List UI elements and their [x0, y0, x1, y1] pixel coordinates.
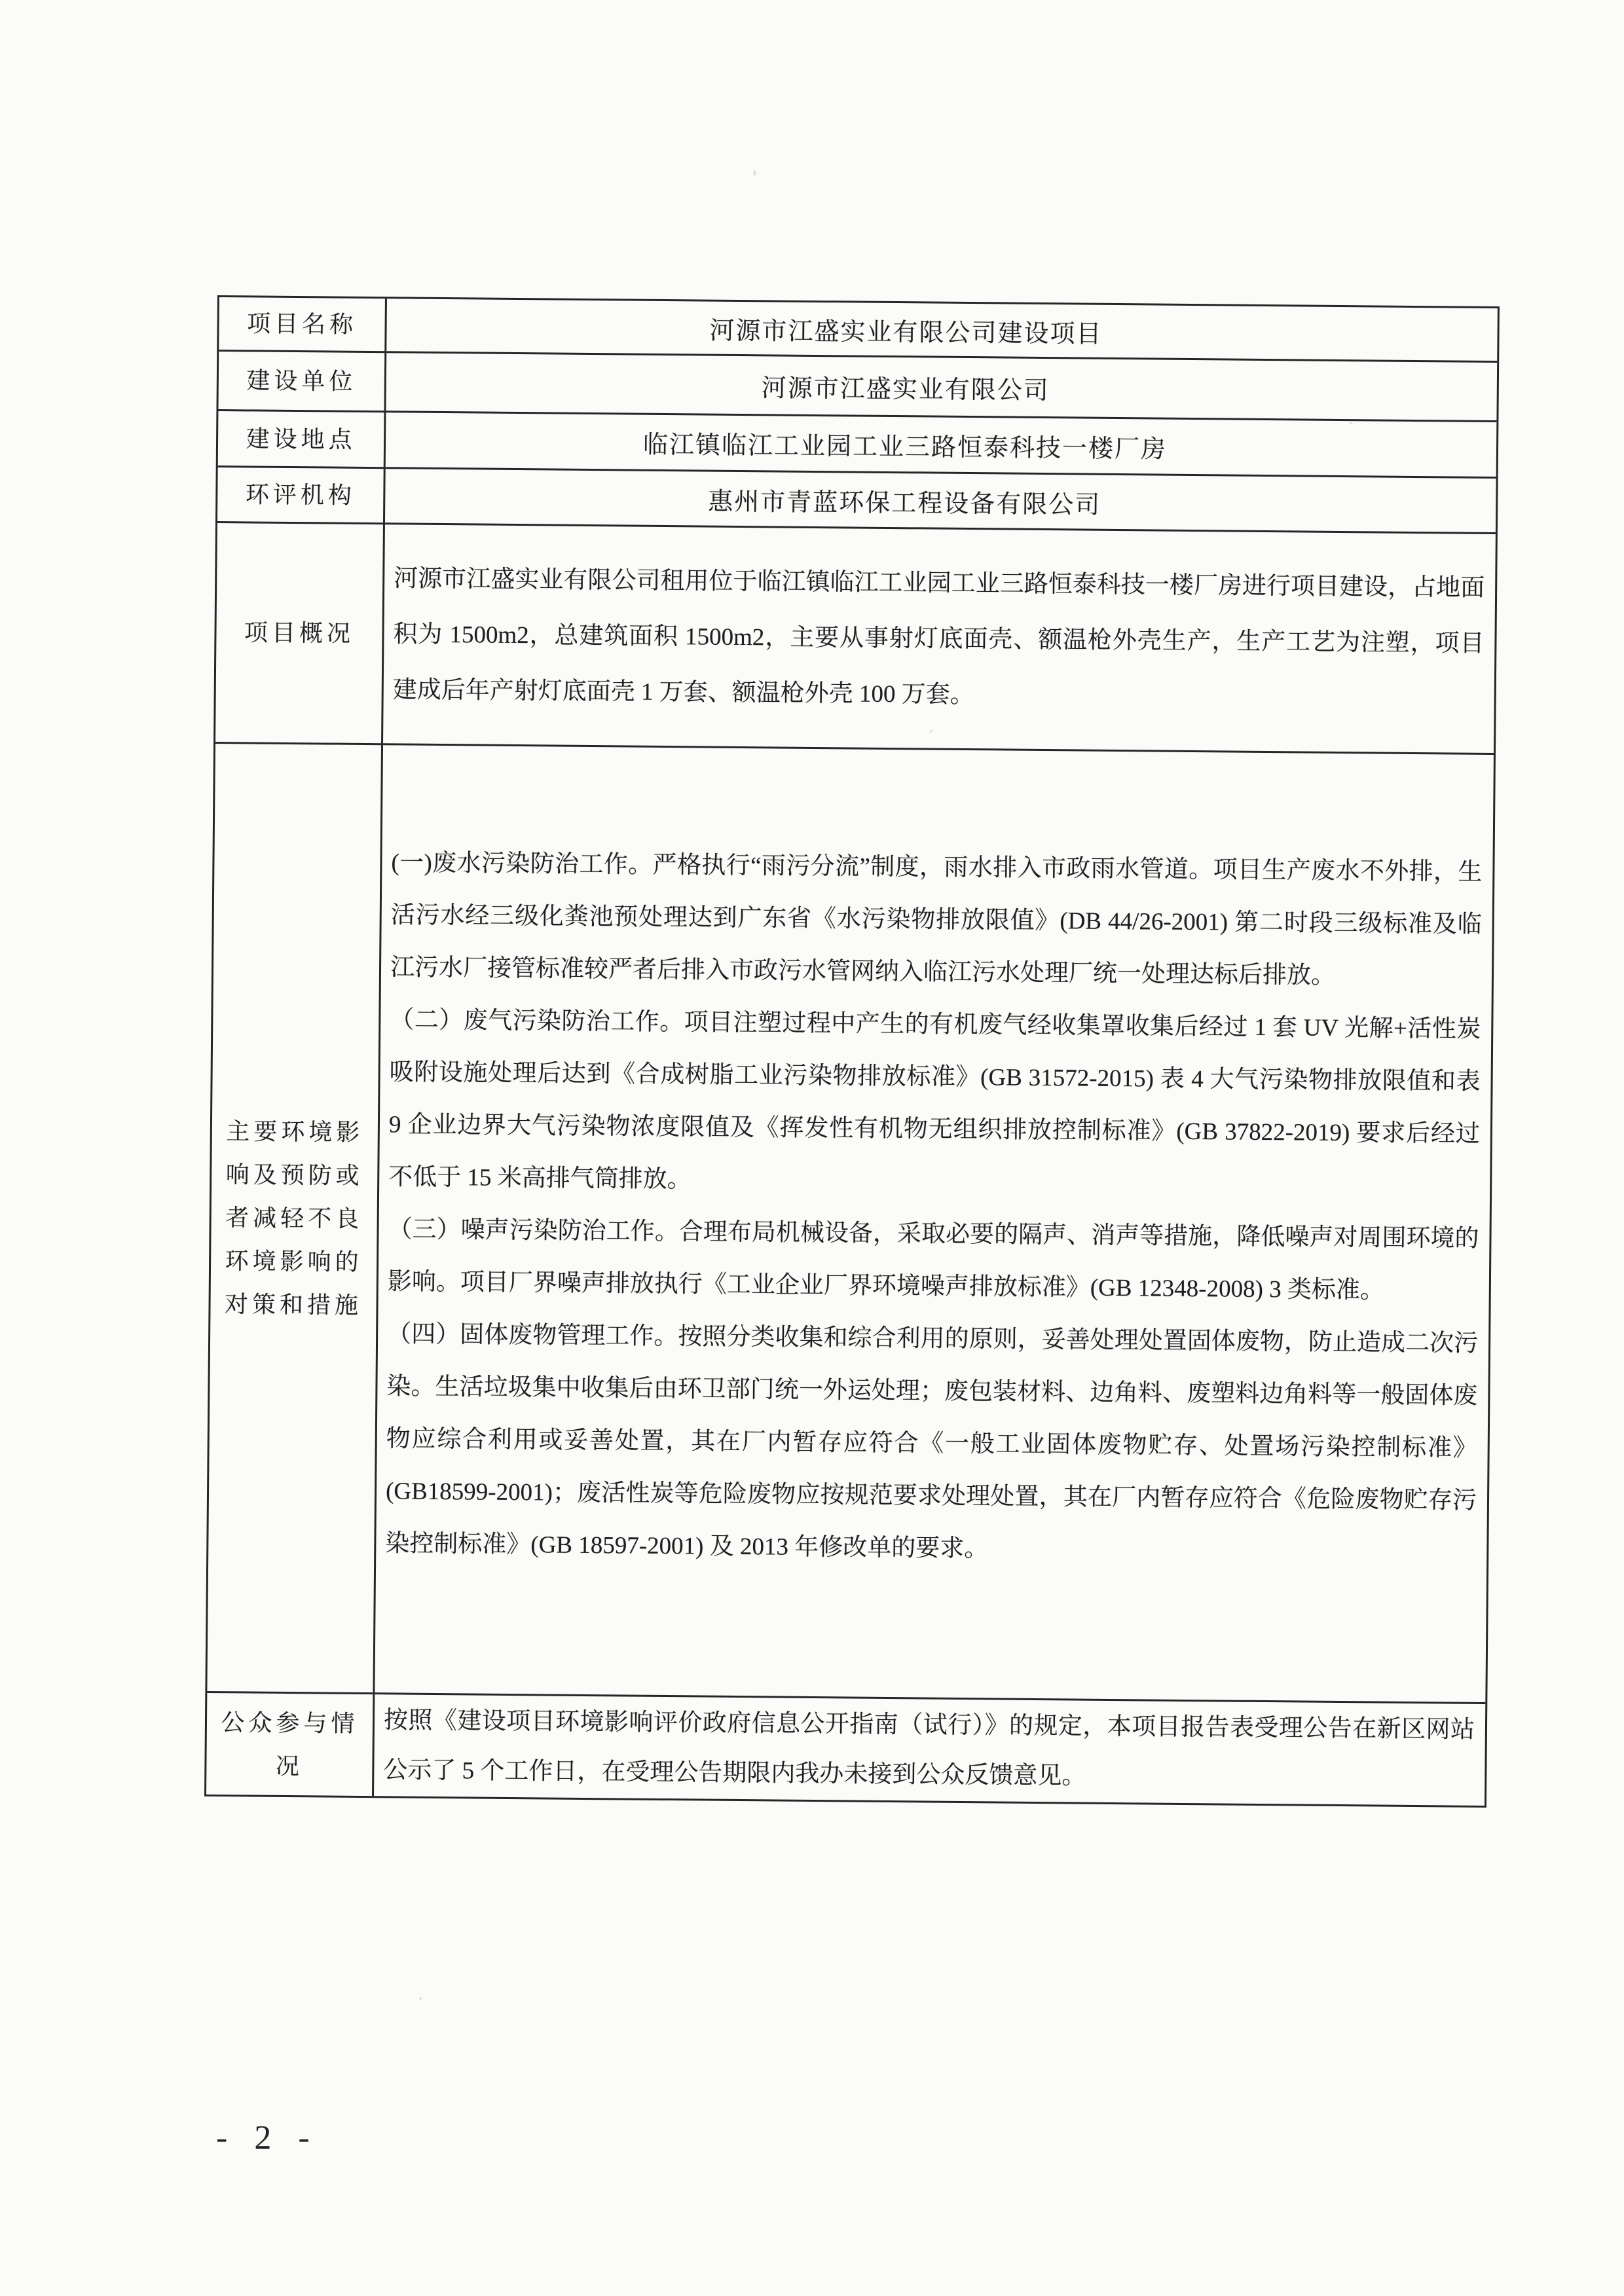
construction-site-value: 临江镇临江工业园工业三路恒泰科技一楼厂房 — [386, 410, 1497, 477]
page-number: - 2 - — [216, 2119, 319, 2157]
field-value-text: 河源市江盛实业有限公司 — [762, 367, 1050, 406]
project-overview-label: 项目概况 — [215, 521, 385, 743]
field-label-text: 项目概况 — [244, 611, 355, 655]
field-label-text: 项目名称 — [247, 302, 358, 346]
noise-measures-paragraph: （三）噪声污染防治工作。合理布局机械设备，采取必要的隔声、消声等措施，降低噪声对… — [388, 1203, 1479, 1318]
scan-speck — [419, 1997, 422, 2000]
project-registration-table: 项目名称 河源市江盛实业有限公司建设项目 建设单位 河源市江盛实业有限公司 建设… — [204, 295, 1500, 1808]
field-value-text: 临江镇临江工业园工业三路恒泰科技一楼厂房 — [643, 424, 1167, 465]
scan-speck — [930, 730, 932, 733]
field-label-text: 主要环境影响及预防或者减轻不良环境影响的对策和措施 — [223, 1110, 365, 1327]
field-value-text: 河源市江盛实业有限公司建设项目 — [709, 310, 1102, 349]
field-label-text: 环评机构 — [246, 473, 356, 517]
wastewater-measures-paragraph: (一)废水污染防治工作。严格执行“雨污分流”制度，雨水排入市政雨水管道。项目生产… — [390, 837, 1483, 1004]
waste-gas-measures-paragraph: （二）废气污染防治工作。项目注塑过程中产生的有机废气经收集罩收集后经过 1 套 … — [388, 994, 1481, 1213]
field-value-text: 惠州市青蓝环保工程设备有限公司 — [708, 481, 1101, 520]
field-label-text: 建设单位 — [246, 359, 357, 403]
scan-speck — [1349, 422, 1353, 424]
field-label-text: 公众参与情况 — [219, 1701, 360, 1789]
construction-unit-label: 建设单位 — [218, 350, 386, 410]
public-participation-value: 按照《建设项目环境影响评价政府信息公开指南（试行）》的规定，本项目报告表受理公告… — [374, 1692, 1485, 1806]
construction-site-label: 建设地点 — [218, 409, 386, 467]
eia-agency-label: 环评机构 — [217, 465, 386, 522]
scan-speck — [753, 170, 756, 176]
overview-paragraph: 河源市江盛实业有限公司租用位于临江镇临江工业园工业三路恒泰科技一楼厂房进行项目建… — [392, 551, 1485, 727]
solid-waste-measures-paragraph: （四）固体废物管理工作。按照分类收集和综合利用的原则，妥善处理处置固体废物，防止… — [385, 1308, 1478, 1580]
environmental-measures-label: 主要环境影响及预防或者减轻不良环境影响的对策和措施 — [207, 742, 383, 1692]
field-label-text: 建设地点 — [246, 417, 356, 461]
project-name-label: 项目名称 — [219, 297, 387, 351]
construction-unit-value: 河源市江盛实业有限公司 — [386, 351, 1497, 420]
environmental-measures-value: (一)废水污染防治工作。严格执行“雨污分流”制度，雨水排入市政雨水管道。项目生产… — [375, 743, 1494, 1702]
project-overview-value: 河源市江盛实业有限公司租用位于临江镇临江工业园工业三路恒泰科技一楼厂房进行项目建… — [383, 522, 1496, 753]
scanned-report-page: 项目名称 河源市江盛实业有限公司建设项目 建设单位 河源市江盛实业有限公司 建设… — [0, 0, 1624, 2296]
public-participation-label: 公众参与情况 — [206, 1691, 375, 1796]
project-name-value: 河源市江盛实业有限公司建设项目 — [386, 299, 1498, 361]
eia-agency-value: 惠州市青蓝环保工程设备有限公司 — [385, 467, 1496, 532]
public-participation-paragraph: 按照《建设项目环境影响评价政府信息公开指南（试行）》的规定，本项目报告表受理公告… — [383, 1696, 1475, 1805]
